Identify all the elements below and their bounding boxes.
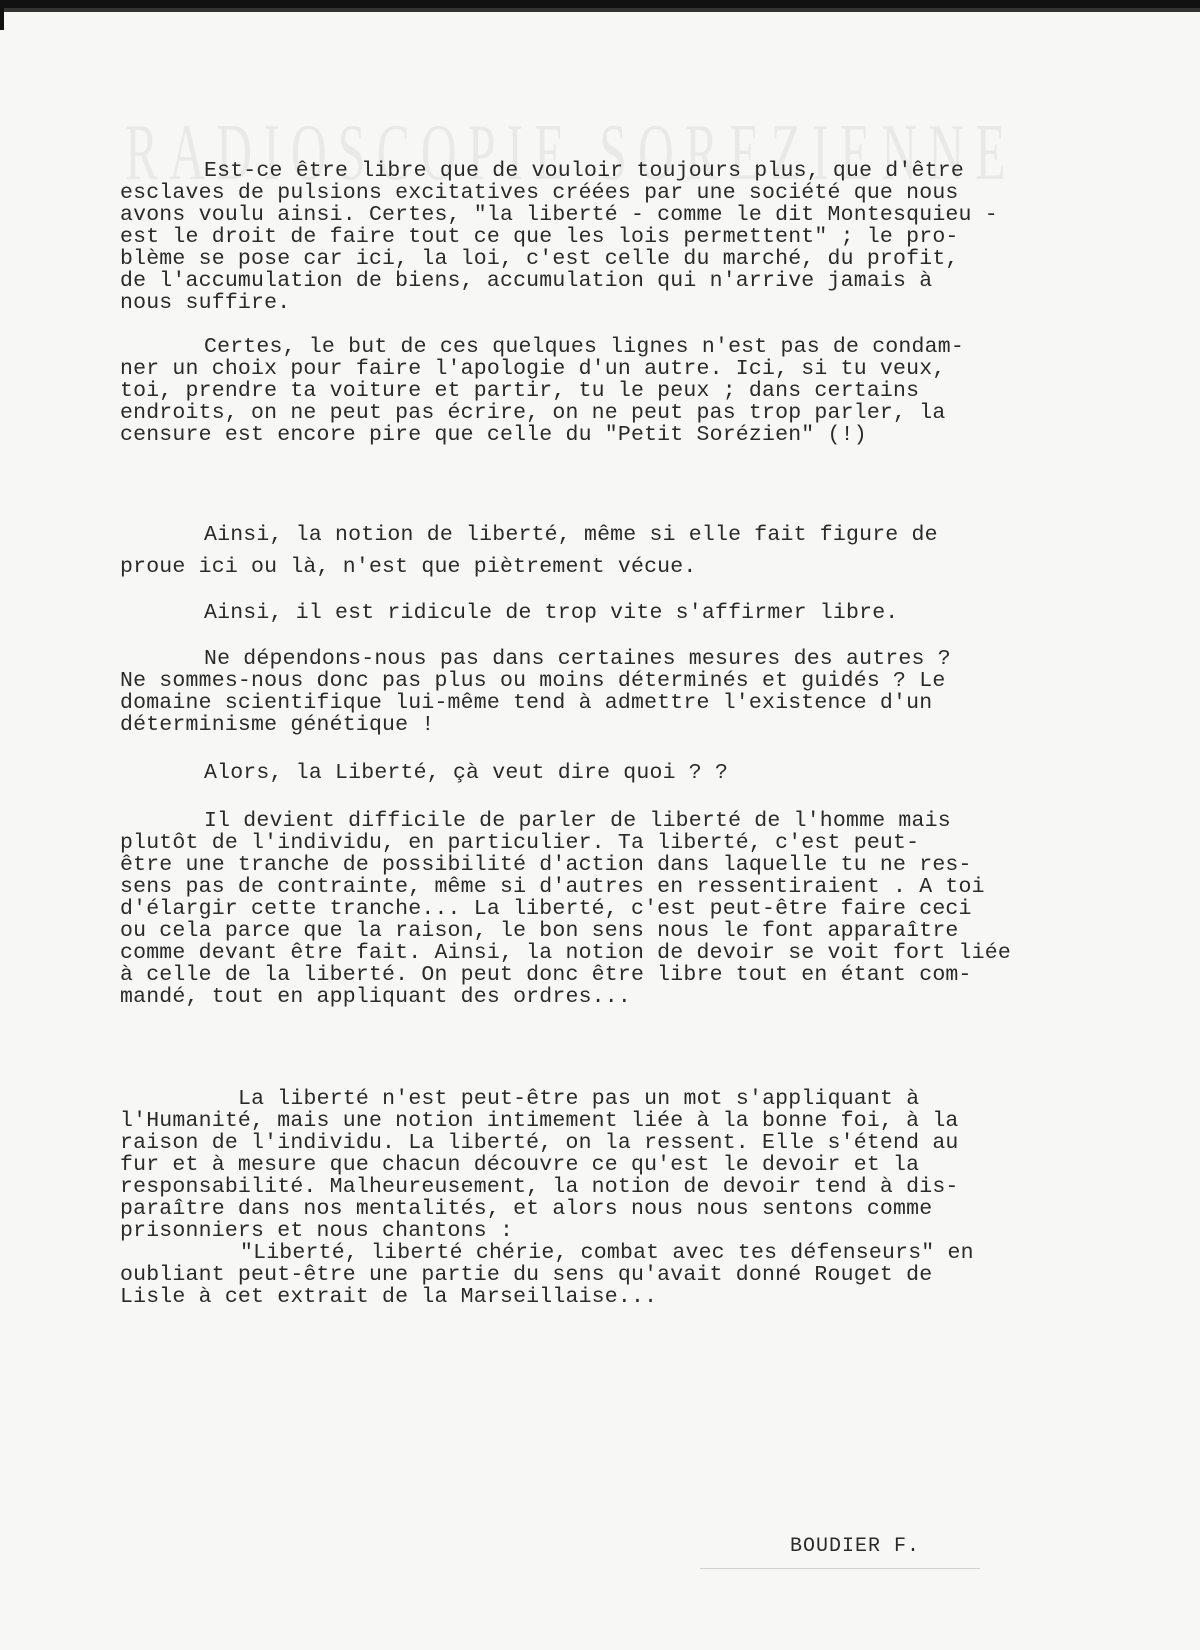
text-line: avons voulu ainsi. Certes, "la liberté -… xyxy=(120,204,1080,226)
text-line: est le droit de faire tout ce que les lo… xyxy=(120,226,1080,248)
text-line: sens pas de contrainte, même si d'autres… xyxy=(120,876,1080,898)
text-line: Est-ce être libre que de vouloir toujour… xyxy=(120,160,1080,182)
text-line: de l'accumulation de biens, accumulation… xyxy=(120,270,1080,292)
text-line: mandé, tout en appliquant des ordres... xyxy=(120,986,1080,1008)
text-line: raison de l'individu. La liberté, on la … xyxy=(120,1132,1080,1154)
text-line: déterminisme génétique ! xyxy=(120,714,1080,736)
text-line: Ainsi, la notion de liberté, même si ell… xyxy=(120,524,1080,546)
text-line: Il devient difficile de parler de libert… xyxy=(120,810,1080,832)
paragraph: Ne dépendons-nous pas dans certaines mes… xyxy=(120,648,1080,736)
document-body: Est-ce être libre que de vouloir toujour… xyxy=(120,160,1080,1308)
text-line: La liberté n'est peut-être pas un mot s'… xyxy=(120,1088,1080,1110)
paragraph: Ainsi, la notion de liberté, même si ell… xyxy=(120,524,1080,578)
text-line: prisonniers et nous chantons : xyxy=(120,1220,1080,1242)
text-line: être une tranche de possibilité d'action… xyxy=(120,854,1080,876)
text-line: ou cela parce que la raison, le bon sens… xyxy=(120,920,1080,942)
scan-left-edge xyxy=(0,0,4,30)
text-line: paraître dans nos mentalités, et alors n… xyxy=(120,1198,1080,1220)
text-line: à celle de la liberté. On peut donc être… xyxy=(120,964,1080,986)
divider xyxy=(700,1568,980,1569)
text-line: comme devant être fait. Ainsi, la notion… xyxy=(120,942,1080,964)
text-line: proue ici ou là, n'est que piètrement vé… xyxy=(120,556,1080,578)
author-signature: BOUDIER F. xyxy=(790,1535,920,1558)
text-line: endroits, on ne peut pas écrire, on ne p… xyxy=(120,402,1080,424)
text-line: ner un choix pour faire l'apologie d'un … xyxy=(120,358,1080,380)
text-line: l'Humanité, mais une notion intimement l… xyxy=(120,1110,1080,1132)
text-line: Alors, la Liberté, çà veut dire quoi ? ? xyxy=(120,762,1080,784)
text-line: domaine scientifique lui-même tend à adm… xyxy=(120,692,1080,714)
scan-top-border xyxy=(0,0,1200,12)
quote-line: "Liberté, liberté chérie, combat avec te… xyxy=(120,1242,1080,1264)
text-line: Ne dépendons-nous pas dans certaines mes… xyxy=(120,648,1080,670)
text-line: plutôt de l'individu, en particulier. Ta… xyxy=(120,832,1080,854)
paragraph: Est-ce être libre que de vouloir toujour… xyxy=(120,160,1080,314)
text-line: Lisle à cet extrait de la Marseillaise..… xyxy=(120,1286,1080,1308)
text-line: nous suffire. xyxy=(120,292,1080,314)
text-line: esclaves de pulsions excitatives créées … xyxy=(120,182,1080,204)
text-line: Ne sommes-nous donc pas plus ou moins dé… xyxy=(120,670,1080,692)
text-line: Certes, le but de ces quelques lignes n'… xyxy=(120,336,1080,358)
text-line: Ainsi, il est ridicule de trop vite s'af… xyxy=(120,602,1080,624)
paragraph: Alors, la Liberté, çà veut dire quoi ? ? xyxy=(120,762,1080,784)
text-line: fur et à mesure que chacun découvre ce q… xyxy=(120,1154,1080,1176)
paragraph: Il devient difficile de parler de libert… xyxy=(120,810,1080,1008)
text-line: d'élargir cette tranche... La liberté, c… xyxy=(120,898,1080,920)
text-line: oubliant peut-être une partie du sens qu… xyxy=(120,1264,1080,1286)
text-line: blème se pose car ici, la loi, c'est cel… xyxy=(120,248,1080,270)
paragraph: La liberté n'est peut-être pas un mot s'… xyxy=(120,1088,1080,1308)
paragraph: Certes, le but de ces quelques lignes n'… xyxy=(120,336,1080,446)
text-line: censure est encore pire que celle du "Pe… xyxy=(120,424,1080,446)
text-line: toi, prendre ta voiture et partir, tu le… xyxy=(120,380,1080,402)
text-line: responsabilité. Malheureusement, la noti… xyxy=(120,1176,1080,1198)
paragraph: Ainsi, il est ridicule de trop vite s'af… xyxy=(120,602,1080,624)
